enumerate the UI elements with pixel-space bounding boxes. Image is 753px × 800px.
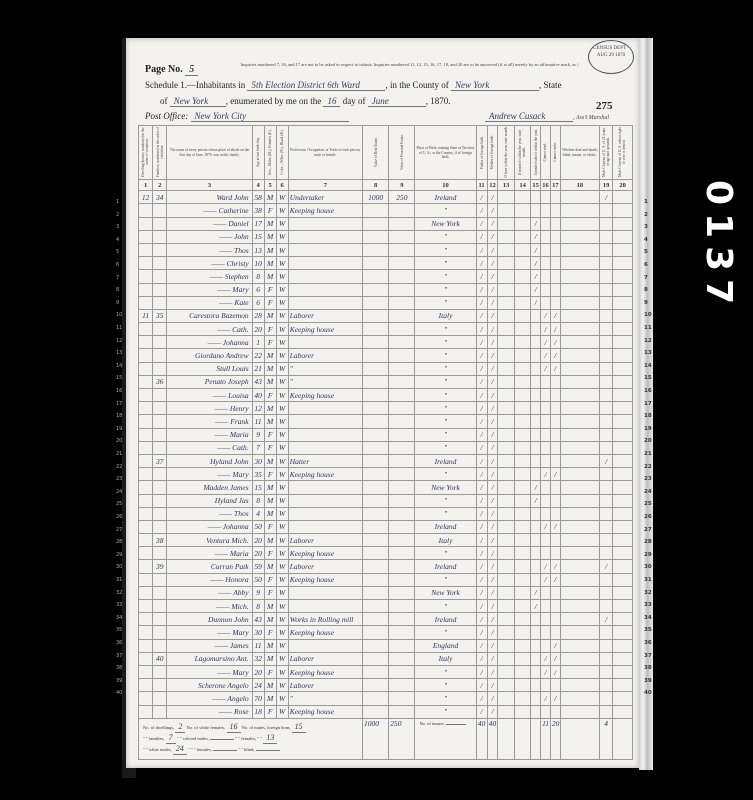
total-male-citizens: 4 (600, 718, 613, 759)
male-citizen-mark (600, 402, 613, 415)
cannot-read-mark (541, 283, 551, 296)
male-citizen-mark (600, 468, 613, 481)
mother-foreign-mark: / (487, 323, 498, 336)
age: 11 (252, 415, 264, 428)
real-estate-value (363, 679, 389, 692)
occupation (288, 217, 362, 230)
cannot-read-mark: / (541, 520, 551, 533)
personal-estate-value (389, 665, 415, 678)
cannot-write-mark (550, 600, 560, 613)
cannot-read-mark (541, 600, 551, 613)
real-estate-value (363, 613, 389, 626)
line-number: 34 (644, 615, 652, 621)
color: W (276, 362, 288, 375)
born-in-year (498, 362, 514, 375)
dwelling-number (139, 560, 153, 573)
family-number: 39 (153, 560, 167, 573)
school-mark (531, 692, 541, 705)
age: 7 (252, 441, 264, 454)
occupation (288, 230, 362, 243)
sex: M (264, 639, 276, 652)
age: 59 (252, 560, 264, 573)
dwelling-number (139, 468, 153, 481)
sex: M (264, 270, 276, 283)
school-mark (531, 547, 541, 560)
line-number-left: 4 (116, 237, 119, 243)
male-citizen-mark (600, 586, 613, 599)
cannot-read-mark (541, 454, 551, 467)
cannot-write-mark (550, 283, 560, 296)
family-number: 35 (153, 309, 167, 322)
cannot-write-mark (550, 441, 560, 454)
born-in-year (498, 494, 514, 507)
married-in-year (514, 520, 530, 533)
color: W (276, 692, 288, 705)
male-citizen-mark (600, 336, 613, 349)
father-foreign-mark: / (476, 270, 487, 283)
occupation: Laborer (288, 349, 362, 362)
person-name: —— Louisa (167, 389, 252, 402)
occupation: Keeping house (288, 323, 362, 336)
family-number (153, 600, 167, 613)
born-in-year (498, 613, 514, 626)
age: 20 (252, 547, 264, 560)
school-mark (531, 520, 541, 533)
cannot-write-mark: / (550, 665, 560, 678)
occupation (288, 428, 362, 441)
table-row: —— Maria20FWKeeping house"// (139, 547, 633, 560)
foreign-males-count: 15 (292, 722, 306, 733)
occupation: Laborer (288, 534, 362, 547)
col-num: 13 (498, 180, 514, 191)
family-number (153, 481, 167, 494)
line-number-left: 40 (116, 690, 122, 696)
color: W (276, 230, 288, 243)
real-estate-value (363, 257, 389, 270)
col-male-citizen-header: Male Citizens of U. S. of 21 years of ag… (600, 126, 613, 180)
age: 28 (252, 309, 264, 322)
born-in-year (498, 547, 514, 560)
real-estate-value (363, 441, 389, 454)
birthplace: Italy (415, 309, 476, 322)
age: 20 (252, 665, 264, 678)
vote-denied (613, 270, 633, 283)
age: 58 (252, 191, 264, 204)
person-name: —— Honora (167, 573, 252, 586)
birthplace: " (415, 323, 476, 336)
married-in-year (514, 481, 530, 494)
cannot-write-mark (550, 481, 560, 494)
vote-denied (613, 679, 633, 692)
real-estate-value (363, 507, 389, 520)
dwelling-number (139, 323, 153, 336)
dwelling-number (139, 626, 153, 639)
mother-foreign-mark: / (487, 283, 498, 296)
cannot-write-mark (550, 191, 560, 204)
mother-foreign-mark: / (487, 705, 498, 718)
father-foreign-mark: / (476, 705, 487, 718)
dwelling-number: 12 (139, 191, 153, 204)
married-in-year (514, 349, 530, 362)
father-foreign-mark: / (476, 349, 487, 362)
family-number (153, 296, 167, 309)
cannot-write-mark (550, 257, 560, 270)
age: 43 (252, 613, 264, 626)
age: 8 (252, 494, 264, 507)
line-number-left: 28 (116, 539, 122, 545)
age: 11 (252, 639, 264, 652)
day-field: 16 (323, 96, 340, 107)
male-citizen-mark: / (600, 560, 613, 573)
table-row: —— Honora50FWKeeping house"//// (139, 573, 633, 586)
dwelling-number (139, 652, 153, 665)
person-name: —— Johanna (167, 520, 252, 533)
personal-estate-value (389, 639, 415, 652)
person-name: Hyland Jas (167, 494, 252, 507)
born-in-year (498, 652, 514, 665)
mother-foreign-mark: / (487, 534, 498, 547)
cannot-write-mark: / (550, 323, 560, 336)
male-citizen-mark (600, 309, 613, 322)
person-name: —— John (167, 230, 252, 243)
male-citizen-mark (600, 626, 613, 639)
color: W (276, 243, 288, 256)
real-estate-value (363, 481, 389, 494)
personal-estate-value (389, 349, 415, 362)
table-row: Madden James15MWNew York/// (139, 481, 633, 494)
mother-foreign-mark: / (487, 520, 498, 533)
line-number: 39 (644, 678, 652, 684)
school-mark: / (531, 217, 541, 230)
table-row: —— Thos4MW"// (139, 507, 633, 520)
table-row: Hyland Jas8MW"/// (139, 494, 633, 507)
color: W (276, 547, 288, 560)
school-mark (531, 204, 541, 217)
cannot-read-mark (541, 481, 551, 494)
vote-denied (613, 705, 633, 718)
family-number (153, 441, 167, 454)
married-in-year (514, 191, 530, 204)
month-field: June (368, 96, 426, 107)
personal-estate-value (389, 481, 415, 494)
empty-cell (514, 718, 530, 759)
vote-denied (613, 626, 633, 639)
vote-denied (613, 665, 633, 678)
person-name: —— Frank (167, 415, 252, 428)
table-row: —— Mary6FW"/// (139, 283, 633, 296)
mother-foreign-mark: / (487, 639, 498, 652)
age: 30 (252, 626, 264, 639)
col-school-header: Attended school within the year. (531, 126, 541, 180)
occupation (288, 415, 362, 428)
cannot-read-mark (541, 705, 551, 718)
birthplace: New York (415, 217, 476, 230)
cannot-read-mark: / (541, 336, 551, 349)
personal-estate-value (389, 692, 415, 705)
dwelling-number (139, 375, 153, 388)
mother-foreign-mark: / (487, 270, 498, 283)
person-name: Carestora Bazemon (167, 309, 252, 322)
born-in-year (498, 191, 514, 204)
empty-cell (531, 718, 541, 759)
occupation: Keeping house (288, 705, 362, 718)
occupation (288, 257, 362, 270)
of-label: of (160, 96, 168, 106)
mother-foreign-mark: / (487, 652, 498, 665)
family-number (153, 468, 167, 481)
personal-estate-value (389, 454, 415, 467)
color: W (276, 626, 288, 639)
sex: F (264, 665, 276, 678)
sex: M (264, 494, 276, 507)
born-in-year (498, 349, 514, 362)
vote-denied (613, 389, 633, 402)
male-citizen-mark (600, 534, 613, 547)
born-in-year (498, 257, 514, 270)
family-number (153, 573, 167, 586)
married-in-year (514, 323, 530, 336)
color: W (276, 402, 288, 415)
born-in-year (498, 468, 514, 481)
born-in-year (498, 507, 514, 520)
mother-foreign-mark: / (487, 547, 498, 560)
col-married-in-year-header: If married within the year, state month. (514, 126, 530, 180)
person-name: —— Cath. (167, 323, 252, 336)
empty-cell (613, 718, 633, 759)
school-mark (531, 507, 541, 520)
color: W (276, 257, 288, 270)
sex: F (264, 296, 276, 309)
age: 6 (252, 296, 264, 309)
total-father-foreign: 40 (476, 718, 487, 759)
real-estate-value (363, 336, 389, 349)
deaf-blind (560, 560, 599, 573)
age: 15 (252, 481, 264, 494)
mother-foreign-mark: / (487, 560, 498, 573)
colored-males-count (210, 739, 234, 740)
white-females-count: 16 (227, 722, 241, 733)
table-row: 36Penato Joseph43MW""// (139, 375, 633, 388)
col-num: 20 (613, 180, 633, 191)
color: W (276, 600, 288, 613)
dwelling-number (139, 600, 153, 613)
cannot-read-mark (541, 428, 551, 441)
vote-denied (613, 402, 633, 415)
occupation: Hatter (288, 454, 362, 467)
dwelling-number (139, 230, 153, 243)
birthplace: " (415, 362, 476, 375)
colored-females-count (213, 750, 237, 751)
male-citizen-mark (600, 230, 613, 243)
born-in-year (498, 428, 514, 441)
county-label: , in the County of (385, 80, 448, 90)
line-number-left: 30 (116, 564, 122, 570)
color: W (276, 309, 288, 322)
sex: M (264, 362, 276, 375)
age: 9 (252, 428, 264, 441)
line-number-left: 27 (116, 527, 122, 533)
occupation (288, 336, 362, 349)
school-mark: / (531, 600, 541, 613)
cannot-write-mark: / (550, 573, 560, 586)
line-number-left: 16 (116, 388, 122, 394)
birthplace: " (415, 692, 476, 705)
cannot-read-mark: / (541, 323, 551, 336)
cannot-read-mark (541, 507, 551, 520)
post-office-line: Post Office: New York City (145, 111, 349, 122)
dwelling-number (139, 217, 153, 230)
mother-foreign-mark: / (487, 362, 498, 375)
school-mark (531, 428, 541, 441)
mother-foreign-mark: / (487, 257, 498, 270)
sex: M (264, 191, 276, 204)
line-number: 2 (644, 212, 648, 218)
cannot-read-mark (541, 494, 551, 507)
age: 32 (252, 652, 264, 665)
person-name: Dunnon John (167, 613, 252, 626)
family-number (153, 520, 167, 533)
cannot-write-mark (550, 547, 560, 560)
married-in-year (514, 468, 530, 481)
line-number: 14 (644, 363, 652, 369)
birthplace: " (415, 415, 476, 428)
personal-estate-value (389, 230, 415, 243)
vote-denied (613, 560, 633, 573)
age: 4 (252, 507, 264, 520)
schedule-label: Schedule 1.—Inhabitants in (145, 80, 245, 90)
male-citizen-mark (600, 481, 613, 494)
post-office-label: Post Office: (145, 111, 188, 121)
line-number-left: 6 (116, 262, 119, 268)
line-number-left: 1 (116, 199, 119, 205)
cannot-write-mark (550, 507, 560, 520)
color: W (276, 639, 288, 652)
table-row: —— James11MWEngland/// (139, 639, 633, 652)
real-estate-value (363, 243, 389, 256)
person-name: —— Catherine (167, 204, 252, 217)
table-row: —— Daniel17MWNew York/// (139, 217, 633, 230)
birthplace: " (415, 441, 476, 454)
occupation (288, 639, 362, 652)
sex: M (264, 652, 276, 665)
married-in-year (514, 217, 530, 230)
person-name: —— Johanna (167, 336, 252, 349)
age: 43 (252, 375, 264, 388)
father-foreign-mark: / (476, 494, 487, 507)
line-number: 6 (644, 262, 648, 268)
father-foreign-mark: / (476, 257, 487, 270)
cannot-read-mark: / (541, 309, 551, 322)
occupation (288, 520, 362, 533)
col-real-estate-header: Value of Real Estate. (363, 126, 389, 180)
line-number: 31 (644, 577, 652, 583)
cannot-read-mark (541, 375, 551, 388)
family-number (153, 243, 167, 256)
real-estate-value (363, 454, 389, 467)
color: W (276, 283, 288, 296)
film-frame-number: 0137 (700, 180, 740, 312)
mother-foreign-mark: / (487, 468, 498, 481)
line-number: 35 (644, 627, 652, 633)
personal-estate-value (389, 309, 415, 322)
mother-foreign-mark: / (487, 415, 498, 428)
mother-foreign-mark: / (487, 600, 498, 613)
table-row: Stull Louis21MW""//// (139, 362, 633, 375)
born-in-year (498, 270, 514, 283)
table-row: —— Frank11MW"// (139, 415, 633, 428)
cannot-read-mark (541, 586, 551, 599)
school-mark: / (531, 296, 541, 309)
line-number-left: 21 (116, 451, 122, 457)
school-mark (531, 665, 541, 678)
person-name: —— Abby (167, 586, 252, 599)
sex: F (264, 428, 276, 441)
summary-row: No. of dwellings, 2 No. of white females… (139, 718, 633, 759)
cannot-write-mark: / (550, 468, 560, 481)
birthplace: Ireland (415, 191, 476, 204)
age: 24 (252, 679, 264, 692)
line-number-left: 24 (116, 489, 122, 495)
male-citizen-mark (600, 665, 613, 678)
personal-estate-value (389, 705, 415, 718)
line-number: 18 (644, 413, 652, 419)
occupation (288, 402, 362, 415)
age: 40 (252, 389, 264, 402)
occupation: Laborer (288, 560, 362, 573)
school-mark (531, 336, 541, 349)
table-row: Scherone Angelo24MWLaborer"// (139, 679, 633, 692)
age: 15 (252, 230, 264, 243)
cannot-write-mark: / (550, 336, 560, 349)
mother-foreign-mark: / (487, 230, 498, 243)
table-row: 38Ventura Mich.20MWLaborerItaly// (139, 534, 633, 547)
occupation: " (288, 692, 362, 705)
deaf-blind (560, 270, 599, 283)
personal-estate-value (389, 679, 415, 692)
color: W (276, 494, 288, 507)
real-estate-value (363, 494, 389, 507)
col-dwelling-header: Dwelling-houses, numbered in the order o… (139, 126, 153, 180)
real-estate-value (363, 652, 389, 665)
line-number-left: 14 (116, 363, 122, 369)
born-in-year (498, 415, 514, 428)
dwelling-number (139, 705, 153, 718)
occupation: Keeping house (288, 389, 362, 402)
age: 35 (252, 468, 264, 481)
father-foreign-mark: / (476, 586, 487, 599)
birthplace: Italy (415, 652, 476, 665)
school-mark (531, 441, 541, 454)
vote-denied (613, 547, 633, 560)
birthplace: " (415, 600, 476, 613)
dwelling-number (139, 639, 153, 652)
sex: M (264, 560, 276, 573)
insane-count (446, 724, 466, 725)
male-citizen-mark (600, 415, 613, 428)
real-estate-value (363, 217, 389, 230)
mother-foreign-mark: / (487, 296, 498, 309)
born-in-year (498, 217, 514, 230)
male-citizen-mark (600, 270, 613, 283)
occupation: Laborer (288, 652, 362, 665)
line-number: 9 (644, 300, 648, 306)
line-number-left: 3 (116, 224, 119, 230)
sex: F (264, 520, 276, 533)
family-number: 34 (153, 191, 167, 204)
school-mark (531, 375, 541, 388)
sex: F (264, 283, 276, 296)
blind-count (256, 750, 280, 751)
